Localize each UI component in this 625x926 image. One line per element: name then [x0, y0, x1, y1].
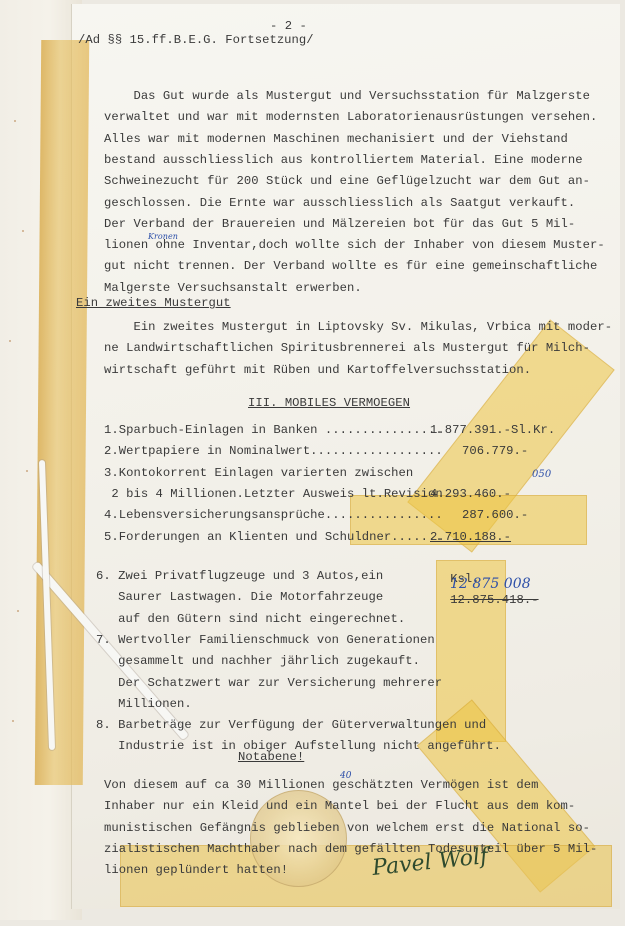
text-line: wirtschaft geführt mit Rüben und Kartoff…: [104, 360, 531, 381]
text-line: auf den Gütern sind nicht eingerechnet.: [96, 609, 405, 630]
text-line: munistischen Gefängnis geblieben von wel…: [104, 818, 590, 839]
asset-row: 4.Lebensversicherungsansprüche..........…: [104, 505, 443, 526]
asset-value: 1.877.391.-Sl.Kr.: [430, 420, 555, 441]
asset-value: 706.779.-: [462, 441, 528, 462]
total-value-struck: 12.875.418.-: [450, 593, 538, 607]
handwritten-insert: Kronen: [148, 226, 178, 247]
asset-value: 4.293.460.-: [430, 484, 511, 505]
text-line: Schweinezucht für 200 Stück und eine Gef…: [104, 171, 590, 192]
scanned-document: - 2 - /Ad §§ 15.ff.B.E.G. Fortsetzung/ D…: [0, 0, 625, 926]
section-heading-zweites-mustergut: Ein zweites Mustergut: [76, 293, 231, 314]
asset-value: 287.600.-: [462, 505, 528, 526]
asset-row: 3.Kontokorrent Einlagen varierten zwisch…: [104, 463, 413, 484]
text-line: gut nicht trennen. Der Verband wollte es…: [104, 256, 597, 277]
text-line: verwaltet und war mit modernsten Laborat…: [104, 107, 597, 128]
text-line: Von diesem auf ca 30 Millionen geschätzt…: [104, 775, 538, 796]
section-heading-mobiles-vermoegen: III. MOBILES VERMOEGEN: [248, 393, 410, 414]
typed-text: - 2 - /Ad §§ 15.ff.B.E.G. Fortsetzung/ D…: [0, 0, 625, 926]
text-line: lionen ohne Inventar,doch wollte sich de…: [104, 235, 605, 256]
text-line: ne Landwirtschaftlichen Spiritusbrennere…: [104, 338, 590, 359]
text-line: gesammelt und nachher jährlich zugekauft…: [96, 651, 420, 672]
reference-line: /Ad §§ 15.ff.B.E.G. Fortsetzung/: [78, 30, 314, 51]
text-line: geschlossen. Die Ernte war ausschliessli…: [104, 193, 575, 214]
text-line: Der Schatzwert war zur Versicherung mehr…: [96, 673, 442, 694]
text-line: 8. Barbeträge zur Verfügung der Güterver…: [96, 715, 486, 736]
asset-row: 2 bis 4 Millionen.Letzter Ausweis lt.Rev…: [104, 484, 443, 505]
note-heading: Notabene!: [238, 747, 304, 768]
asset-row: 2.Wertpapiere in Nominalwert............…: [104, 441, 443, 462]
text-line: zialistischen Machthaber nach dem gefäll…: [104, 839, 597, 860]
asset-row: 1.Sparbuch-Einlagen in Banken ..........…: [104, 420, 443, 441]
text-line: Millionen.: [96, 694, 192, 715]
text-line: 7. Wertvoller Familienschmuck von Genera…: [96, 630, 435, 651]
handwritten-total: 12 875 008: [450, 574, 531, 595]
text-line: Saurer Lastwagen. Die Motorfahrzeuge: [96, 587, 383, 608]
text-line: Inhaber nur ein Kleid und ein Mantel bei…: [104, 796, 575, 817]
text-line: Ein zweites Mustergut in Liptovsky Sv. M…: [104, 317, 612, 338]
text-line: lionen geplündert hatten!: [104, 860, 288, 881]
text-line: Alles war mit modernen Maschinen mechani…: [104, 129, 568, 150]
handwritten-correction: 050: [532, 464, 551, 485]
text-line: bestand ausschliesslich aus kontrolliert…: [104, 150, 583, 171]
text-line: Das Gut wurde als Mustergut und Versuchs…: [104, 86, 590, 107]
asset-value: 2.710.188.-: [430, 527, 511, 548]
text-line: 6. Zwei Privatflugzeuge und 3 Autos,ein: [96, 566, 383, 587]
asset-row: 5.Forderungen an Klienten und Schuldner.…: [104, 527, 443, 548]
